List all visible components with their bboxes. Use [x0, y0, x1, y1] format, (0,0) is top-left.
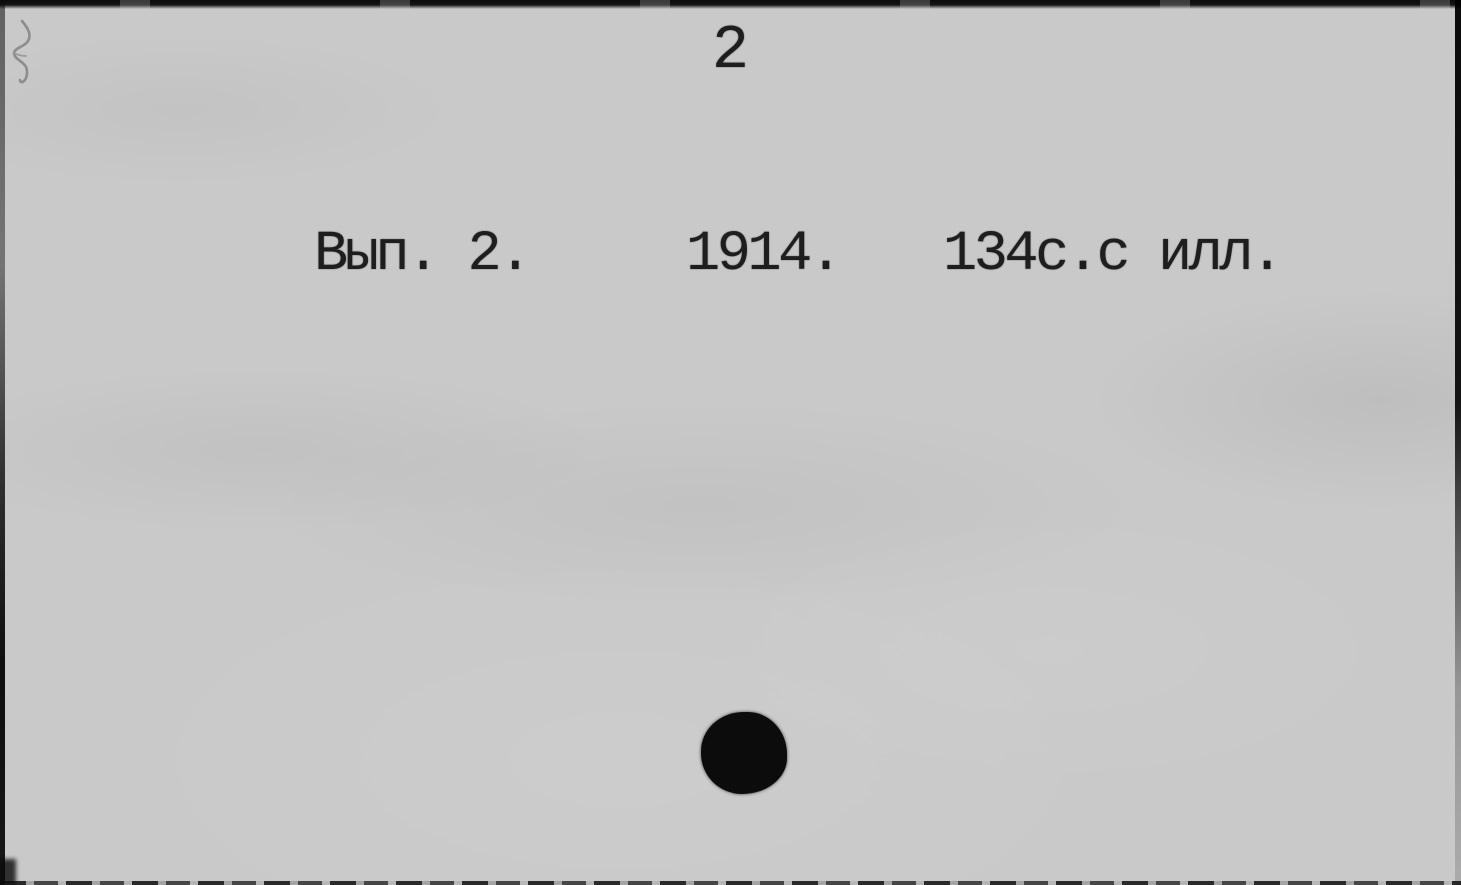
entry-issue: Вып. 2.	[314, 227, 529, 284]
scan-edge-top	[0, 0, 1461, 9]
scan-edge-bottom	[0, 878, 1461, 885]
entry-collation: 134с.с илл.	[943, 227, 1281, 284]
entry-year: 1914.	[686, 227, 840, 284]
catalog-entry-line: Вып. 2. 1914. 134с.с илл.	[0, 227, 1461, 297]
scan-corner-smudge	[0, 859, 16, 885]
page-number: 2	[0, 20, 1461, 82]
ink-dot	[701, 712, 787, 794]
scan-edge-right	[1455, 0, 1461, 885]
scanned-card: 2 Вып. 2. 1914. 134с.с илл.	[0, 0, 1461, 885]
